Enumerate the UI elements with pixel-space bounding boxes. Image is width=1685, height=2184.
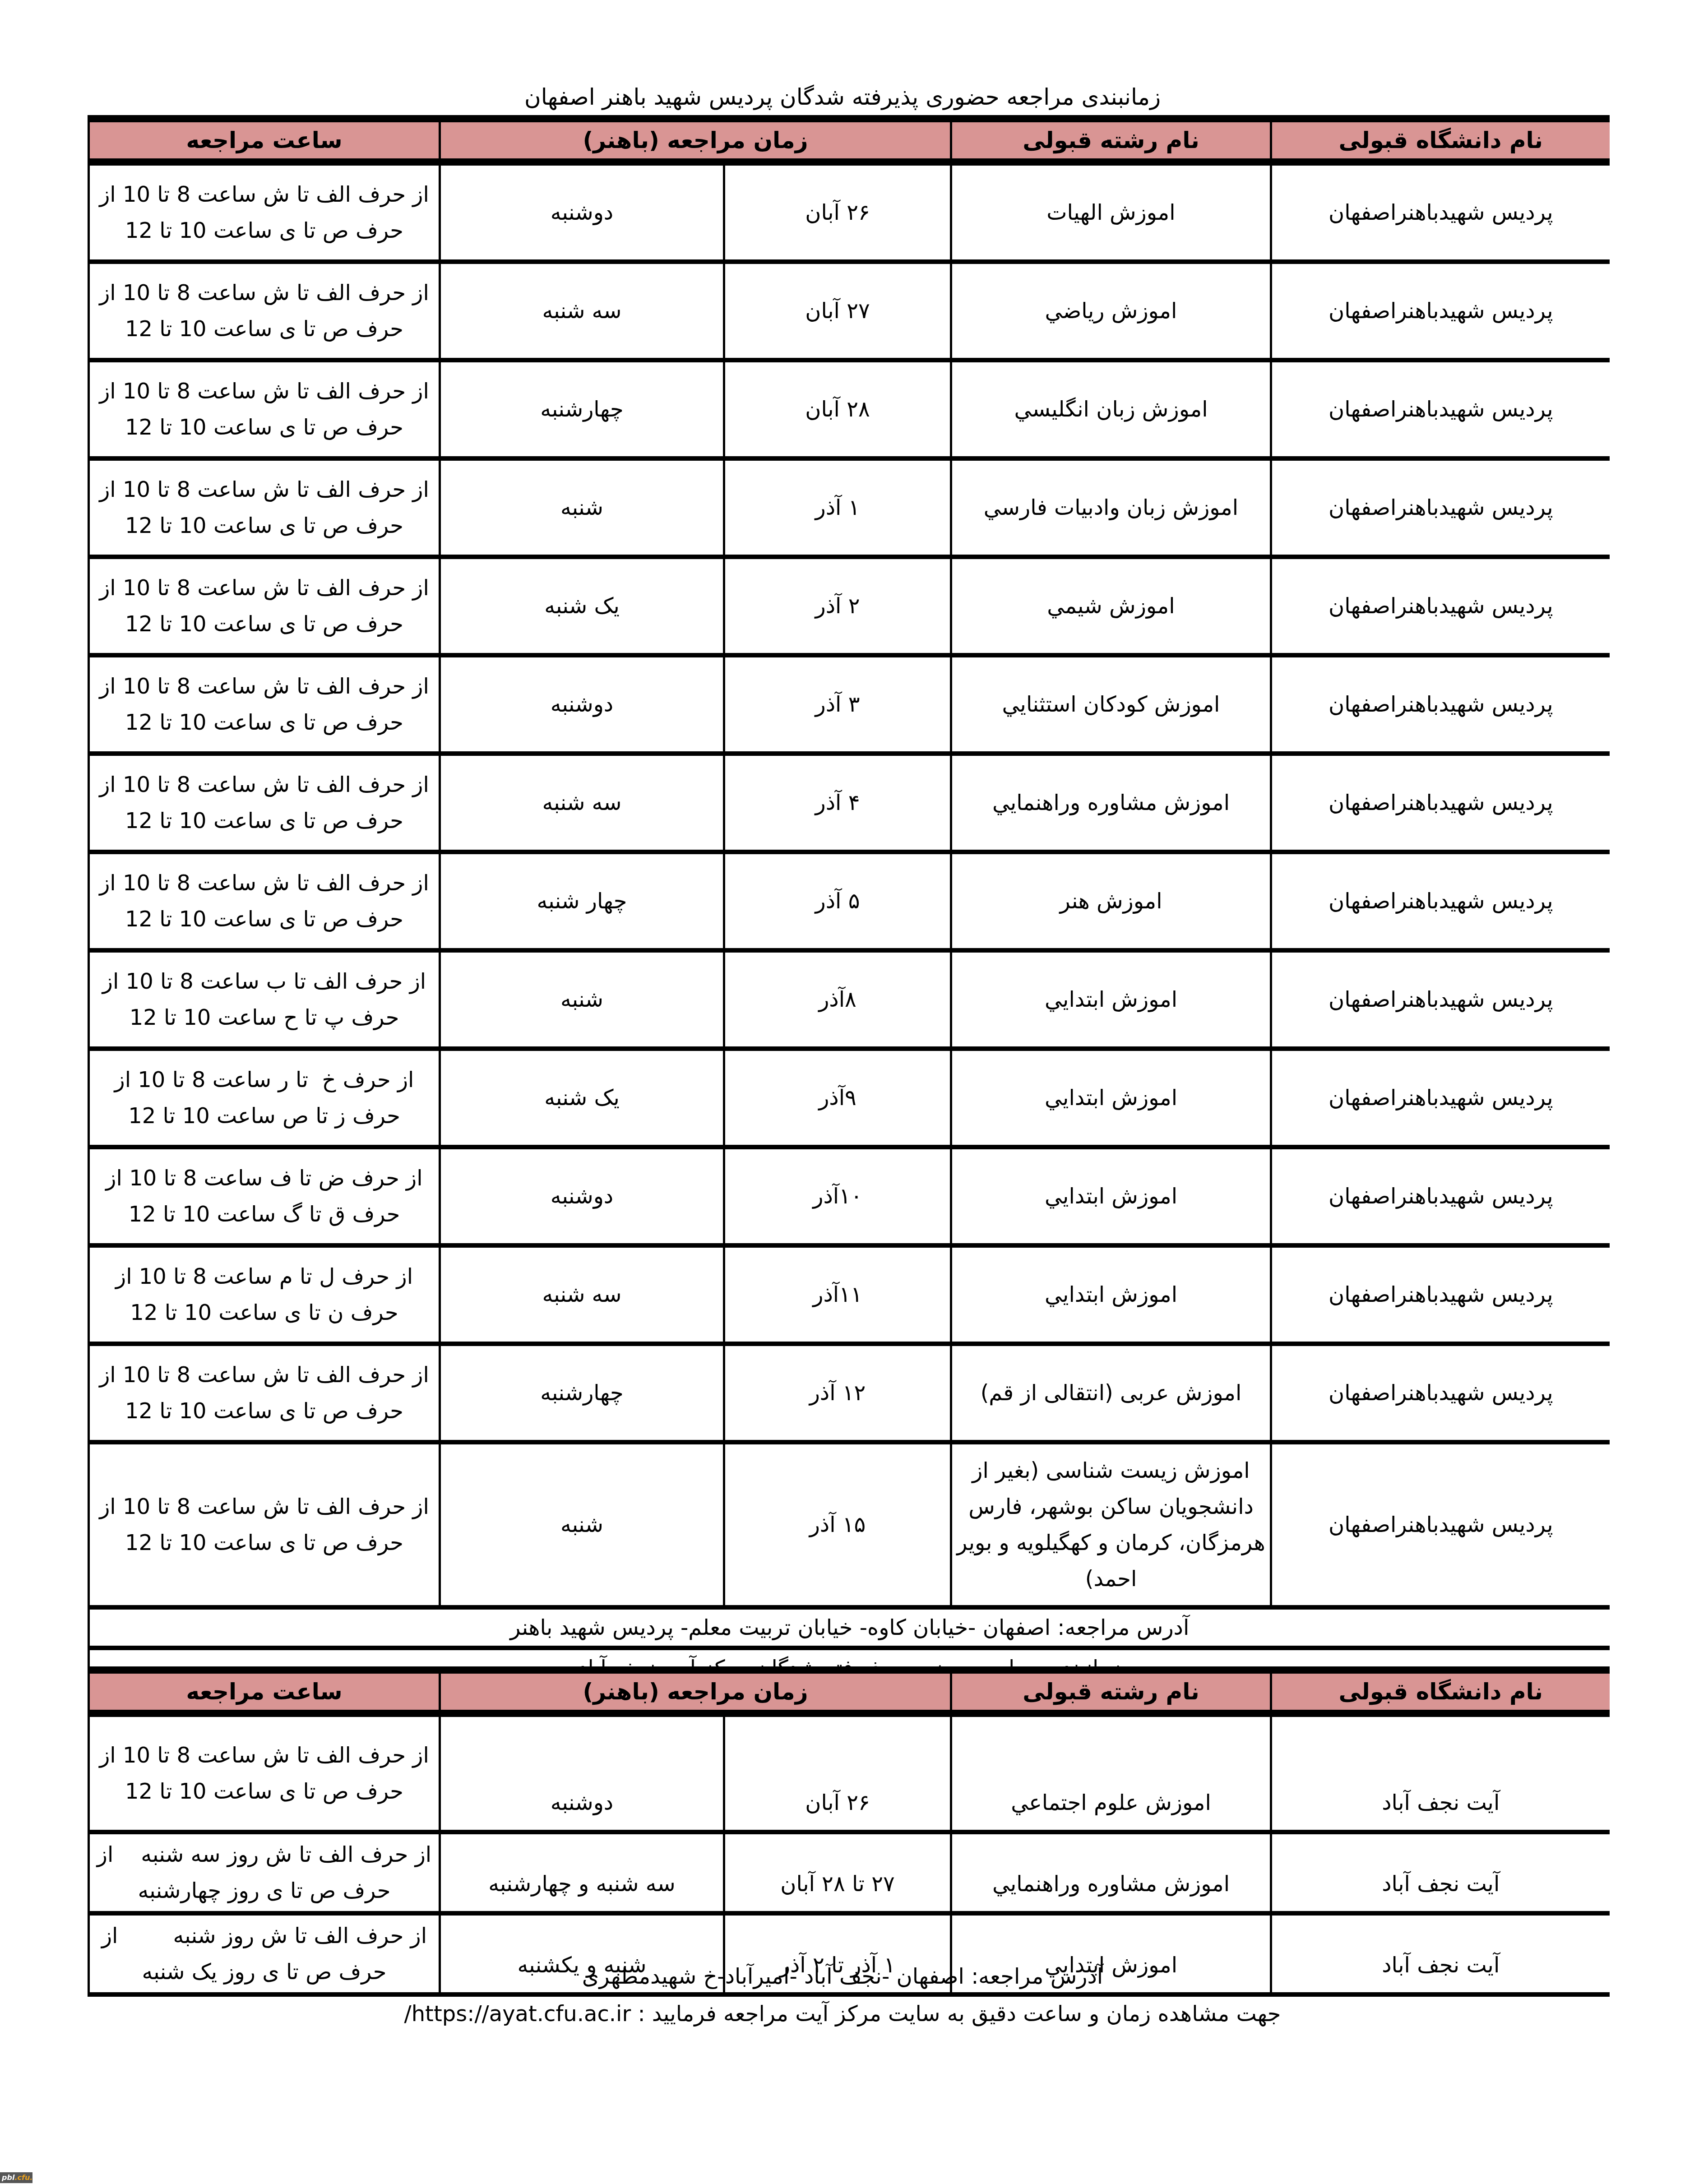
major-cell: اموزش عربی (انتقالی از قم) <box>951 1344 1271 1442</box>
day-cell: شنبه <box>440 458 724 557</box>
day-cell: چهار شنبه <box>440 852 724 950</box>
university-cell: پردیس شهیدباهنراصفهان <box>1271 1344 1610 1442</box>
day-cell: سه شنبه <box>440 1245 724 1344</box>
hours-line-2: حرف ص تا ی ساعت 10 تا 12 <box>94 213 434 249</box>
table-row: پردیس شهیدباهنراصفهاناموزش زبان وادبيات … <box>89 458 1610 557</box>
university-cell: پردیس شهیدباهنراصفهان <box>1271 1442 1610 1607</box>
hours-line-2: حرف ز تا ص ساعت 10 تا 12 <box>94 1098 434 1134</box>
hours-line-1: از حرف الف تا ش ساعت 8 تا 10 از <box>94 668 434 704</box>
major-cell: اموزش علوم اجتماعي <box>951 1713 1271 1832</box>
hours-line-2: حرف ص تا ی ساعت 10 تا 12 <box>94 1393 434 1429</box>
hours-line-2: حرف ص تا ی روز چهارشنبه <box>94 1873 434 1909</box>
major-cell: اموزش زیست شناسی (بغیر از دانشجویان ساکن… <box>951 1442 1271 1607</box>
header-visit-time: زمان مراجعه (باهنر) <box>440 119 951 162</box>
header-visit-hour: ساعت مراجعه <box>89 119 440 162</box>
hours-line-2: حرف ق تا گ ساعت 10 تا 12 <box>94 1196 434 1232</box>
ayat-schedule-table: نام دانشگاه قبولینام رشته قبولیزمان مراج… <box>88 1666 1610 1997</box>
table-header-row: نام دانشگاه قبولینام رشته قبولیزمان مراج… <box>89 1670 1610 1713</box>
hours-line-2: حرف ص تا ی ساعت 10 تا 12 <box>94 1525 434 1561</box>
hours-cell: از حرف الف تا ش روز سه شنبه ازحرف ص تا ی… <box>89 1832 440 1913</box>
date-cell: ۱۲ آذر <box>724 1344 951 1442</box>
university-cell: پردیس شهیدباهنراصفهان <box>1271 262 1610 360</box>
major-cell: اموزش رياضي <box>951 262 1271 360</box>
hours-line-2: حرف ص تا ی ساعت 10 تا 12 <box>94 409 434 445</box>
day-cell: سه شنبه <box>440 262 724 360</box>
table-row: پردیس شهیدباهنراصفهاناموزش هنر۵ آذرچهار … <box>89 852 1610 950</box>
hours-line-1: از حرف الف تا ش ساعت 8 تا 10 از <box>94 1357 434 1393</box>
hours-cell: از حرف الف تا ش ساعت 8 تا 10 ازحرف ص تا … <box>89 262 440 360</box>
table-row: پردیس شهیدباهنراصفهاناموزش الهيات۲۶ آبان… <box>89 162 1610 262</box>
date-cell: ۲۷ آبان <box>724 262 951 360</box>
university-cell: پردیس شهیدباهنراصفهان <box>1271 458 1610 557</box>
schedule-title-bahonar: زمانبندی مراجعه حضوری پذیرفته شدگان پردی… <box>0 83 1685 111</box>
day-cell: شنبه <box>440 1442 724 1607</box>
table-row: پردیس شهیدباهنراصفهاناموزش زیست شناسی (ب… <box>89 1442 1610 1607</box>
university-cell: پردیس شهیدباهنراصفهان <box>1271 360 1610 458</box>
hours-cell: از حرف الف تا ش ساعت 8 تا 10 ازحرف ص تا … <box>89 458 440 557</box>
hours-line-1: از حرف الف تا ش ساعت 8 تا 10 از <box>94 176 434 213</box>
date-cell: ۴ آذر <box>724 754 951 852</box>
hours-line-1: از حرف الف تا ب ساعت 8 تا 10 از <box>94 963 434 999</box>
major-cell: اموزش كودكان استثنايي <box>951 655 1271 754</box>
hours-line-2: حرف ن تا ی ساعت 10 تا 12 <box>94 1295 434 1331</box>
table-row: آیت نجف آباداموزش مشاوره وراهنمايي۲۷ تا … <box>89 1832 1610 1913</box>
table-row: آیت نجف آباداموزش علوم اجتماعي۲۶ آباندوش… <box>89 1713 1610 1832</box>
hours-cell: از حرف الف تا ش ساعت 8 تا 10 ازحرف ص تا … <box>89 754 440 852</box>
date-cell: ۱ آذر <box>724 458 951 557</box>
hours-line-1: از حرف الف تا ش ساعت 8 تا 10 از <box>94 570 434 606</box>
university-cell: پردیس شهیدباهنراصفهان <box>1271 1245 1610 1344</box>
university-cell: پردیس شهیدباهنراصفهان <box>1271 1049 1610 1147</box>
date-cell: ۱۰آذر <box>724 1147 951 1245</box>
table-row: پردیس شهیدباهنراصفهاناموزش ابتدايي۱۰آذرد… <box>89 1147 1610 1245</box>
university-cell: آیت نجف آباد <box>1271 1832 1610 1913</box>
date-cell: ۲۶ آبان <box>724 1713 951 1832</box>
table-row: پردیس شهیدباهنراصفهاناموزش مشاوره وراهنم… <box>89 754 1610 852</box>
hours-line-1: از حرف ل تا م ساعت 8 تا 10 از <box>94 1259 434 1295</box>
hours-line-1: از حرف خ تا ر ساعت 8 تا 10 از <box>94 1062 434 1098</box>
date-cell: ۱۵ آذر <box>724 1442 951 1607</box>
hours-cell: از حرف خ تا ر ساعت 8 تا 10 ازحرف ز تا ص … <box>89 1049 440 1147</box>
day-cell: دوشنبه <box>440 1147 724 1245</box>
day-cell: سه شنبه و چهارشنبه <box>440 1832 724 1913</box>
major-cell: اموزش مشاوره وراهنمايي <box>951 1832 1271 1913</box>
hours-line-1: از حرف الف تا ش ساعت 8 تا 10 از <box>94 275 434 311</box>
hours-cell: از حرف الف تا ب ساعت 8 تا 10 ازحرف پ تا … <box>89 950 440 1049</box>
university-cell: پردیس شهیدباهنراصفهان <box>1271 754 1610 852</box>
table-row: پردیس شهیدباهنراصفهاناموزش رياضي۲۷ آبانس… <box>89 262 1610 360</box>
hours-line-2: حرف ص تا ی ساعت 10 تا 12 <box>94 901 434 937</box>
table-row: پردیس شهیدباهنراصفهاناموزش ابتدايي۹آذریک… <box>89 1049 1610 1147</box>
schedule-page: زمانبندی مراجعه حضوری پذیرفته شدگان پردی… <box>0 0 1685 2184</box>
major-cell: اموزش ابتدايي <box>951 1245 1271 1344</box>
hours-cell: از حرف الف تا ش ساعت 8 تا 10 ازحرف ص تا … <box>89 852 440 950</box>
hours-line-2: حرف ص تا ی ساعت 10 تا 12 <box>94 508 434 544</box>
hours-line-1: از حرف الف تا ش ساعت 8 تا 10 از <box>94 472 434 508</box>
table-header-row: نام دانشگاه قبولی نام رشته قبولی زمان مر… <box>89 119 1610 162</box>
day-cell: چهارشنبه <box>440 1344 724 1442</box>
university-cell: پردیس شهیدباهنراصفهان <box>1271 655 1610 754</box>
hours-cell: از حرف الف تا ش ساعت 8 تا 10 ازحرف ص تا … <box>89 360 440 458</box>
hours-cell: از حرف الف تا ش ساعت 8 تا 10 ازحرف ص تا … <box>89 1713 440 1832</box>
hours-line-2: حرف ص تا ی ساعت 10 تا 12 <box>94 1773 434 1809</box>
major-cell: اموزش زبان وادبيات فارسي <box>951 458 1271 557</box>
table-row: پردیس شهیدباهنراصفهاناموزش ابتدايي۸آذرشن… <box>89 950 1610 1049</box>
major-cell: اموزش هنر <box>951 852 1271 950</box>
date-cell: ۲ آذر <box>724 557 951 655</box>
hours-cell: از حرف الف تا ش ساعت 8 تا 10 ازحرف ص تا … <box>89 655 440 754</box>
hours-line-2: حرف ص تا ی ساعت 10 تا 12 <box>94 606 434 642</box>
ayat-address: آدرس مراجعه: اصفهان -نجف آباد -امیرآباد-… <box>0 1961 1685 1992</box>
table-row: پردیس شهیدباهنراصفهاناموزش ابتدايي۱۱آذرس… <box>89 1245 1610 1344</box>
watermark-text-b: .cfu.ac.ir <box>14 2173 32 2182</box>
major-cell: اموزش ابتدايي <box>951 1049 1271 1147</box>
website-note[interactable]: جهت مشاهده زمان و ساعت دقیق به سایت مرکز… <box>0 1998 1685 2030</box>
date-cell: ۹آذر <box>724 1049 951 1147</box>
university-cell: پردیس شهیدباهنراصفهان <box>1271 852 1610 950</box>
bahonar-address: آدرس مراجعه: اصفهان -خیابان کاوه- خیابان… <box>89 1607 1610 1648</box>
hours-line-1: از حرف الف تا ش ساعت 8 تا 10 از <box>94 865 434 901</box>
hours-line-2: حرف ص تا ی ساعت 10 تا 12 <box>94 311 434 347</box>
major-cell: اموزش زبان انگليسي <box>951 360 1271 458</box>
day-cell: سه شنبه <box>440 754 724 852</box>
hours-cell: از حرف الف تا ش ساعت 8 تا 10 ازحرف ص تا … <box>89 162 440 262</box>
hours-line-1: از حرف ض تا ف ساعت 8 تا 10 از <box>94 1160 434 1196</box>
university-cell: پردیس شهیدباهنراصفهان <box>1271 557 1610 655</box>
university-cell: پردیس شهیدباهنراصفهان <box>1271 1147 1610 1245</box>
day-cell: یک شنبه <box>440 1049 724 1147</box>
hours-line-1: از حرف الف تا ش روز شنبه از <box>94 1918 434 1954</box>
hours-line-1: از حرف الف تا ش روز سه شنبه از <box>94 1837 434 1873</box>
watermark-text-a: pbl <box>2 2173 14 2182</box>
day-cell: چهارشنبه <box>440 360 724 458</box>
header-visit-hour: ساعت مراجعه <box>89 1670 440 1713</box>
header-major: نام رشته قبولی <box>951 119 1271 162</box>
hours-line-1: از حرف الف تا ش ساعت 8 تا 10 از <box>94 1737 434 1773</box>
date-cell: ۳ آذر <box>724 655 951 754</box>
table-row: پردیس شهیدباهنراصفهاناموزش عربی (انتقالی… <box>89 1344 1610 1442</box>
university-cell: آیت نجف آباد <box>1271 1713 1610 1832</box>
day-cell: دوشنبه <box>440 655 724 754</box>
hours-cell: از حرف الف تا ش ساعت 8 تا 10 ازحرف ص تا … <box>89 1344 440 1442</box>
header-visit-time: زمان مراجعه (باهنر) <box>440 1670 951 1713</box>
hours-line-2: حرف ص تا ی ساعت 10 تا 12 <box>94 704 434 740</box>
major-cell: اموزش الهيات <box>951 162 1271 262</box>
day-cell: یک شنبه <box>440 557 724 655</box>
hours-line-1: از حرف الف تا ش ساعت 8 تا 10 از <box>94 767 434 803</box>
hours-cell: از حرف الف تا ش ساعت 8 تا 10 ازحرف ص تا … <box>89 557 440 655</box>
major-cell: اموزش مشاوره وراهنمايي <box>951 754 1271 852</box>
day-cell: دوشنبه <box>440 1713 724 1832</box>
major-cell: اموزش شيمي <box>951 557 1271 655</box>
header-major: نام رشته قبولی <box>951 1670 1271 1713</box>
date-cell: ۸آذر <box>724 950 951 1049</box>
date-cell: ۵ آذر <box>724 852 951 950</box>
hours-cell: از حرف ض تا ف ساعت 8 تا 10 ازحرف ق تا گ … <box>89 1147 440 1245</box>
day-cell: شنبه <box>440 950 724 1049</box>
table-row: پردیس شهیدباهنراصفهاناموزش زبان انگليسي۲… <box>89 360 1610 458</box>
hours-line-1: از حرف الف تا ش ساعت 8 تا 10 از <box>94 1489 434 1525</box>
major-cell: اموزش ابتدايي <box>951 1147 1271 1245</box>
date-cell: ۱۱آذر <box>724 1245 951 1344</box>
bahonar-schedule-table: نام دانشگاه قبولی نام رشته قبولی زمان مر… <box>88 115 1610 1691</box>
date-cell: ۲۷ تا ۲۸ آبان <box>724 1832 951 1913</box>
table-row: پردیس شهیدباهنراصفهاناموزش كودكان استثنا… <box>89 655 1610 754</box>
hours-cell: از حرف ل تا م ساعت 8 تا 10 ازحرف ن تا ی … <box>89 1245 440 1344</box>
header-university: نام دانشگاه قبولی <box>1271 119 1610 162</box>
watermark-logo[interactable]: pbl.cfu.ac.ir <box>0 2172 32 2183</box>
day-cell: دوشنبه <box>440 162 724 262</box>
hours-line-1: از حرف الف تا ش ساعت 8 تا 10 از <box>94 373 434 409</box>
major-cell: اموزش ابتدايي <box>951 950 1271 1049</box>
university-cell: پردیس شهیدباهنراصفهان <box>1271 162 1610 262</box>
hours-line-2: حرف ص تا ی ساعت 10 تا 12 <box>94 803 434 839</box>
table-row: پردیس شهیدباهنراصفهاناموزش شيمي۲ آذریک ش… <box>89 557 1610 655</box>
hours-line-2: حرف پ تا ح ساعت 10 تا 12 <box>94 999 434 1036</box>
date-cell: ۲۶ آبان <box>724 162 951 262</box>
hours-cell: از حرف الف تا ش ساعت 8 تا 10 ازحرف ص تا … <box>89 1442 440 1607</box>
date-cell: ۲۸ آبان <box>724 360 951 458</box>
header-university: نام دانشگاه قبولی <box>1271 1670 1610 1713</box>
university-cell: پردیس شهیدباهنراصفهان <box>1271 950 1610 1049</box>
